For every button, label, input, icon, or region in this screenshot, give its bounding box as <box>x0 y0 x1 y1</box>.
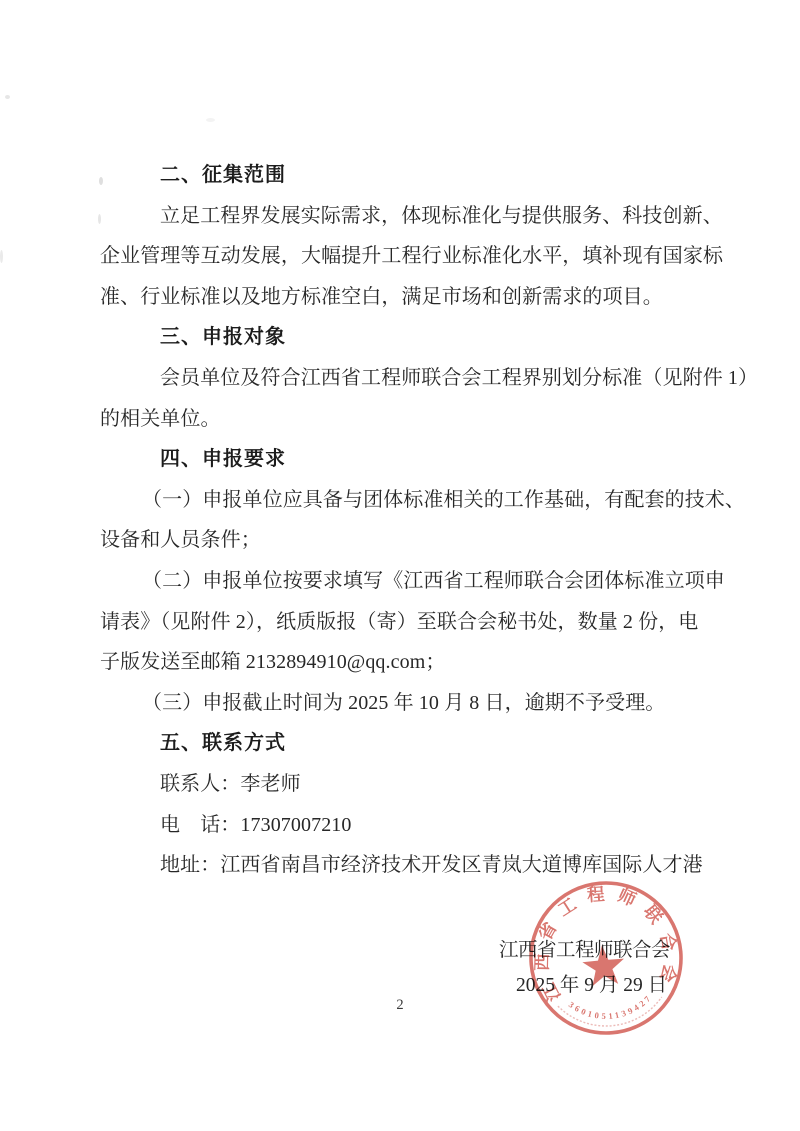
seal-star-icon <box>581 943 626 986</box>
contact-person-line: 联系人：李老师 <box>100 764 725 805</box>
paragraph-line: 立足工程界发展实际需求，体现标准化与提供服务、科技创新、 <box>100 196 725 237</box>
official-seal: 江西省工程师联合会 3601051139427 <box>521 873 691 1043</box>
list-item-line: （三）申报截止时间为 2025 年 10 月 8 日，逾期不予受理。 <box>100 683 725 724</box>
paragraph-line: 子版发送至邮箱 2132894910@qq.com； <box>100 642 725 683</box>
section-heading-4: 四、申报要求 <box>100 439 725 480</box>
scan-speck <box>5 95 10 99</box>
document-page: 二、征集范围 立足工程界发展实际需求，体现标准化与提供服务、科技创新、 企业管理… <box>0 0 800 1131</box>
contact-phone-line: 电 话：17307007210 <box>100 805 725 846</box>
paragraph-line: 准、行业标准以及地方标准空白，满足市场和创新需求的项目。 <box>100 277 725 318</box>
scan-speck <box>206 118 215 122</box>
section-heading-5: 五、联系方式 <box>100 723 725 764</box>
seal-ring-text: 江西省工程师联合会 <box>525 878 685 1008</box>
paragraph-line: 请表》（见附件 2），纸质版报（寄）至联合会秘书处，数量 2 份，电 <box>100 602 725 643</box>
section-heading-2: 二、征集范围 <box>100 155 725 196</box>
paragraph-line: 的相关单位。 <box>100 399 725 440</box>
list-item-line: （一）申报单位应具备与团体标准相关的工作基础，有配套的技术、 <box>100 480 725 521</box>
list-item-line: （二）申报单位按要求填写《江西省工程师联合会团体标准立项申 <box>100 561 725 602</box>
seal-code: 3601051139427 <box>566 991 656 1024</box>
document-body: 二、征集范围 立足工程界发展实际需求，体现标准化与提供服务、科技创新、 企业管理… <box>100 155 725 886</box>
section-heading-3: 三、申报对象 <box>100 317 725 358</box>
scan-speck <box>0 250 3 263</box>
paragraph-line: 企业管理等互动发展，大幅提升工程行业标准化水平，填补现有国家标 <box>100 236 725 277</box>
paragraph-line: 会员单位及符合江西省工程师联合会工程界别划分标准（见附件 1） <box>100 358 725 399</box>
paragraph-line: 设备和人员条件； <box>100 520 725 561</box>
